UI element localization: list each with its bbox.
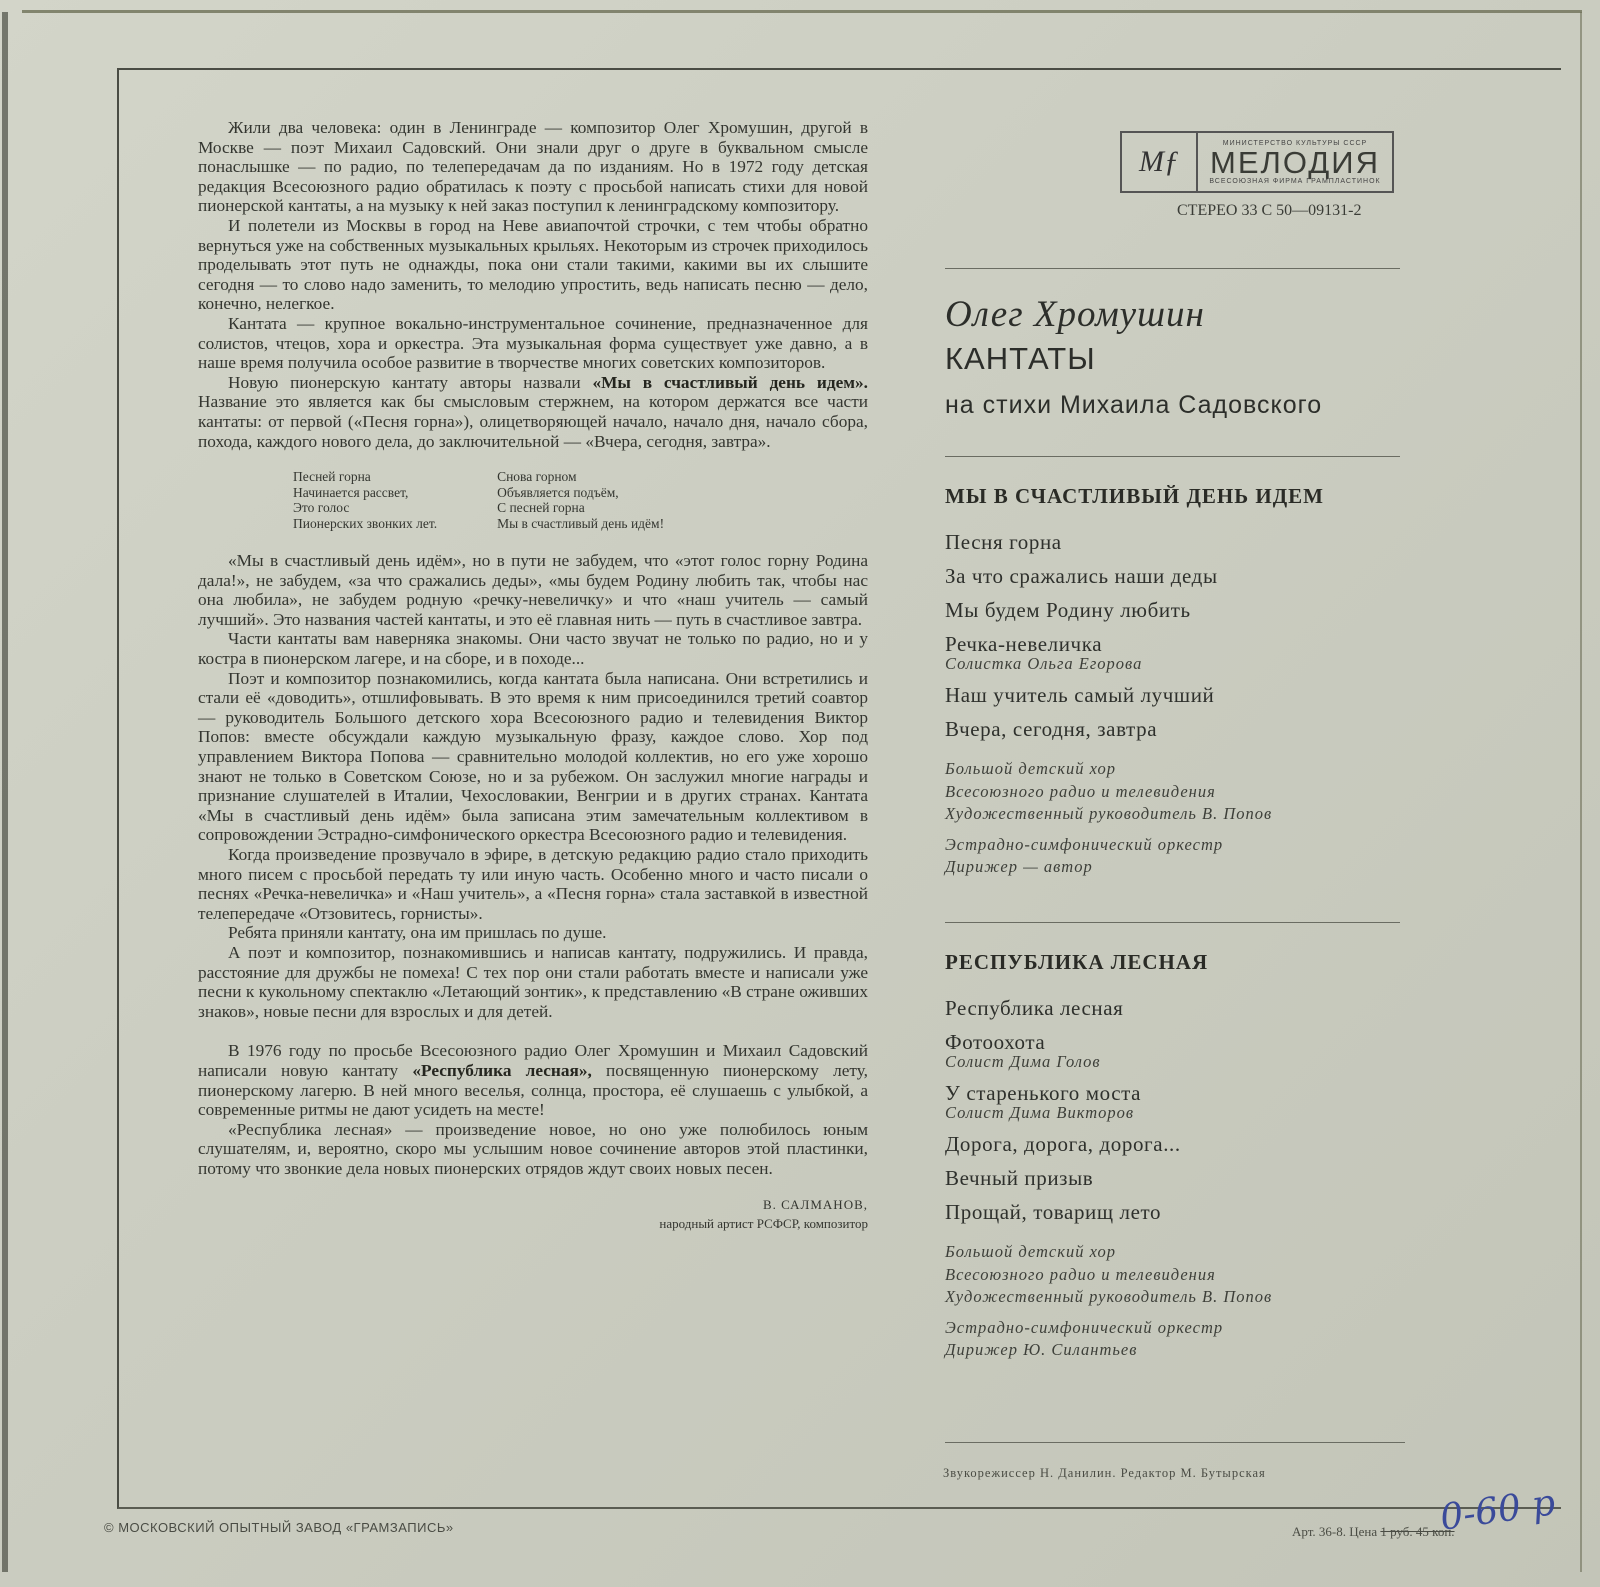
paragraph: Поэт и композитор познакомились, когда к… <box>198 669 868 845</box>
poem-stanza: Снова горном Объявляется подъём, С песне… <box>497 469 664 531</box>
side-2-credits: Большой детский хор Всесоюзного радио и … <box>945 1241 1272 1362</box>
track-item: ФотоохотаСолист Дима Голов <box>945 1029 1272 1072</box>
divider <box>945 922 1400 923</box>
signature: В. САЛМАНОВ, народный артист РСФСР, комп… <box>198 1195 868 1233</box>
track-item: Речка-невеличкаСолистка Ольга Егорова <box>945 631 1324 674</box>
paragraph: Когда произведение прозвучало в эфире, в… <box>198 845 868 923</box>
side-2-heading: РЕСПУБЛИКА ЛЕСНАЯ <box>945 950 1272 975</box>
track-title: Вечный призыв <box>945 1166 1093 1190</box>
divider <box>945 268 1400 269</box>
track-title: Речка-невеличка <box>945 632 1102 656</box>
track-item: За что сражались наши деды <box>945 563 1324 589</box>
track-title: Фотоохота <box>945 1030 1045 1054</box>
track-item: Наш учитель самый лучший <box>945 682 1324 708</box>
side-1: МЫ В СЧАСТЛИВЫЙ ДЕНЬ ИДЕМ Песня горнаЗа … <box>945 484 1324 887</box>
melodiya-logo: Мƒ МИНИСТЕРСТВО КУЛЬТУРЫ СССР МЕЛОДИЯ ВС… <box>1120 131 1394 193</box>
paragraph: И полетели из Москвы в город на Неве ави… <box>198 216 868 314</box>
paragraph: Кантата — крупное вокально-инструменталь… <box>198 314 868 373</box>
track-title: Дорога, дорога, дорога... <box>945 1132 1181 1156</box>
track-item: У старенького мостаСолист Дима Викторов <box>945 1080 1272 1123</box>
liner-notes: Жили два человека: один в Ленинграде — к… <box>198 118 868 1233</box>
signature-name: В. САЛМАНОВ, <box>198 1195 868 1214</box>
paragraph: Части кантаты вам наверняка знакомы. Они… <box>198 629 868 668</box>
paragraph: Новую пионерскую кантату авторы назвали … <box>198 373 868 451</box>
sleeve-edge <box>22 10 1582 13</box>
side-1-tracks: Песня горнаЗа что сражались наши дедыМы … <box>945 529 1324 742</box>
track-item: Вечный призыв <box>945 1165 1272 1191</box>
track-item: Вчера, сегодня, завтра <box>945 716 1324 742</box>
record-sleeve-back: Жили два человека: один в Ленинграде — к… <box>0 0 1600 1587</box>
composer-name: Олег Хромушин <box>945 293 1205 336</box>
sleeve-edge <box>1580 12 1582 1572</box>
poem-stanza: Песней горна Начинается рассвет, Это гол… <box>293 469 437 531</box>
track-soloist: Солист Дима Викторов <box>945 1103 1272 1123</box>
divider <box>945 1442 1405 1443</box>
side-2-tracks: Республика леснаяФотоохотаСолист Дима Го… <box>945 995 1272 1225</box>
production-credits: Звукорежиссер Н. Данилин. Редактор М. Бу… <box>943 1466 1266 1481</box>
choir-credit: Большой детский хор Всесоюзного радио и … <box>945 758 1324 826</box>
manufacturer-line: © МОСКОВСКИЙ ОПЫТНЫЙ ЗАВОД «ГРАМЗАПИСЬ» <box>104 1520 454 1535</box>
catalog-number: СТЕРЕО 33 С 50—09131-2 <box>1177 202 1361 220</box>
track-title: Прощай, товарищ лето <box>945 1200 1161 1224</box>
album-subtitle: на стихи Михаила Садовского <box>945 391 1322 420</box>
choir-credit: Большой детский хор Всесоюзного радио и … <box>945 1241 1272 1309</box>
melodiya-mark-icon: Мƒ <box>1122 133 1198 191</box>
brand-name: МЕЛОДИЯ <box>1210 147 1380 178</box>
paragraph: Жили два человека: один в Ленинграде — к… <box>198 118 868 216</box>
track-item: Мы будем Родину любить <box>945 597 1324 623</box>
track-soloist: Солистка Ольга Егорова <box>945 654 1324 674</box>
track-item: Песня горна <box>945 529 1324 555</box>
paragraph: «Республика лесная» — произведение новое… <box>198 1120 868 1179</box>
track-title: Мы будем Родину любить <box>945 598 1191 622</box>
track-title: За что сражались наши деды <box>945 564 1218 588</box>
poem-quote: Песней горна Начинается рассвет, Это гол… <box>293 469 868 531</box>
paragraph: А поэт и композитор, познакомившись и на… <box>198 943 868 1021</box>
track-item: Дорога, дорога, дорога... <box>945 1131 1272 1157</box>
track-title: Республика лесная <box>945 996 1123 1020</box>
track-title: Песня горна <box>945 530 1062 554</box>
album-title: КАНТАТЫ <box>945 341 1096 377</box>
side-2: РЕСПУБЛИКА ЛЕСНАЯ Республика леснаяФотоо… <box>945 950 1272 1370</box>
divider <box>945 456 1400 457</box>
side-1-heading: МЫ В СЧАСТЛИВЫЙ ДЕНЬ ИДЕМ <box>945 484 1324 509</box>
track-title: Вчера, сегодня, завтра <box>945 717 1157 741</box>
paragraph: В 1976 году по просьбе Всесоюзного радио… <box>198 1041 868 1119</box>
track-title: Наш учитель самый лучший <box>945 683 1214 707</box>
paragraph: «Мы в счастливый день идём», но в пути н… <box>198 551 868 629</box>
track-soloist: Солист Дима Голов <box>945 1052 1272 1072</box>
side-1-credits: Большой детский хор Всесоюзного радио и … <box>945 758 1324 879</box>
track-item: Республика лесная <box>945 995 1272 1021</box>
sleeve-edge <box>2 12 8 1572</box>
track-title: У старенького моста <box>945 1081 1141 1105</box>
paragraph: Ребята приняли кантату, она им пришлась … <box>198 923 868 943</box>
orchestra-credit: Эстрадно-симфонический оркестр Дирижер Ю… <box>945 1317 1272 1362</box>
cantata-title-bold: «Республика лесная», <box>412 1061 591 1080</box>
signature-title: народный артист РСФСР, композитор <box>198 1214 868 1233</box>
orchestra-credit: Эстрадно-симфонический оркестр Дирижер —… <box>945 834 1324 879</box>
cantata-title-bold: «Мы в счастливый день идем». <box>592 373 868 392</box>
track-item: Прощай, товарищ лето <box>945 1199 1272 1225</box>
price-line: Арт. 36-8. Цена 1 руб. 45 коп. <box>1292 1524 1455 1540</box>
